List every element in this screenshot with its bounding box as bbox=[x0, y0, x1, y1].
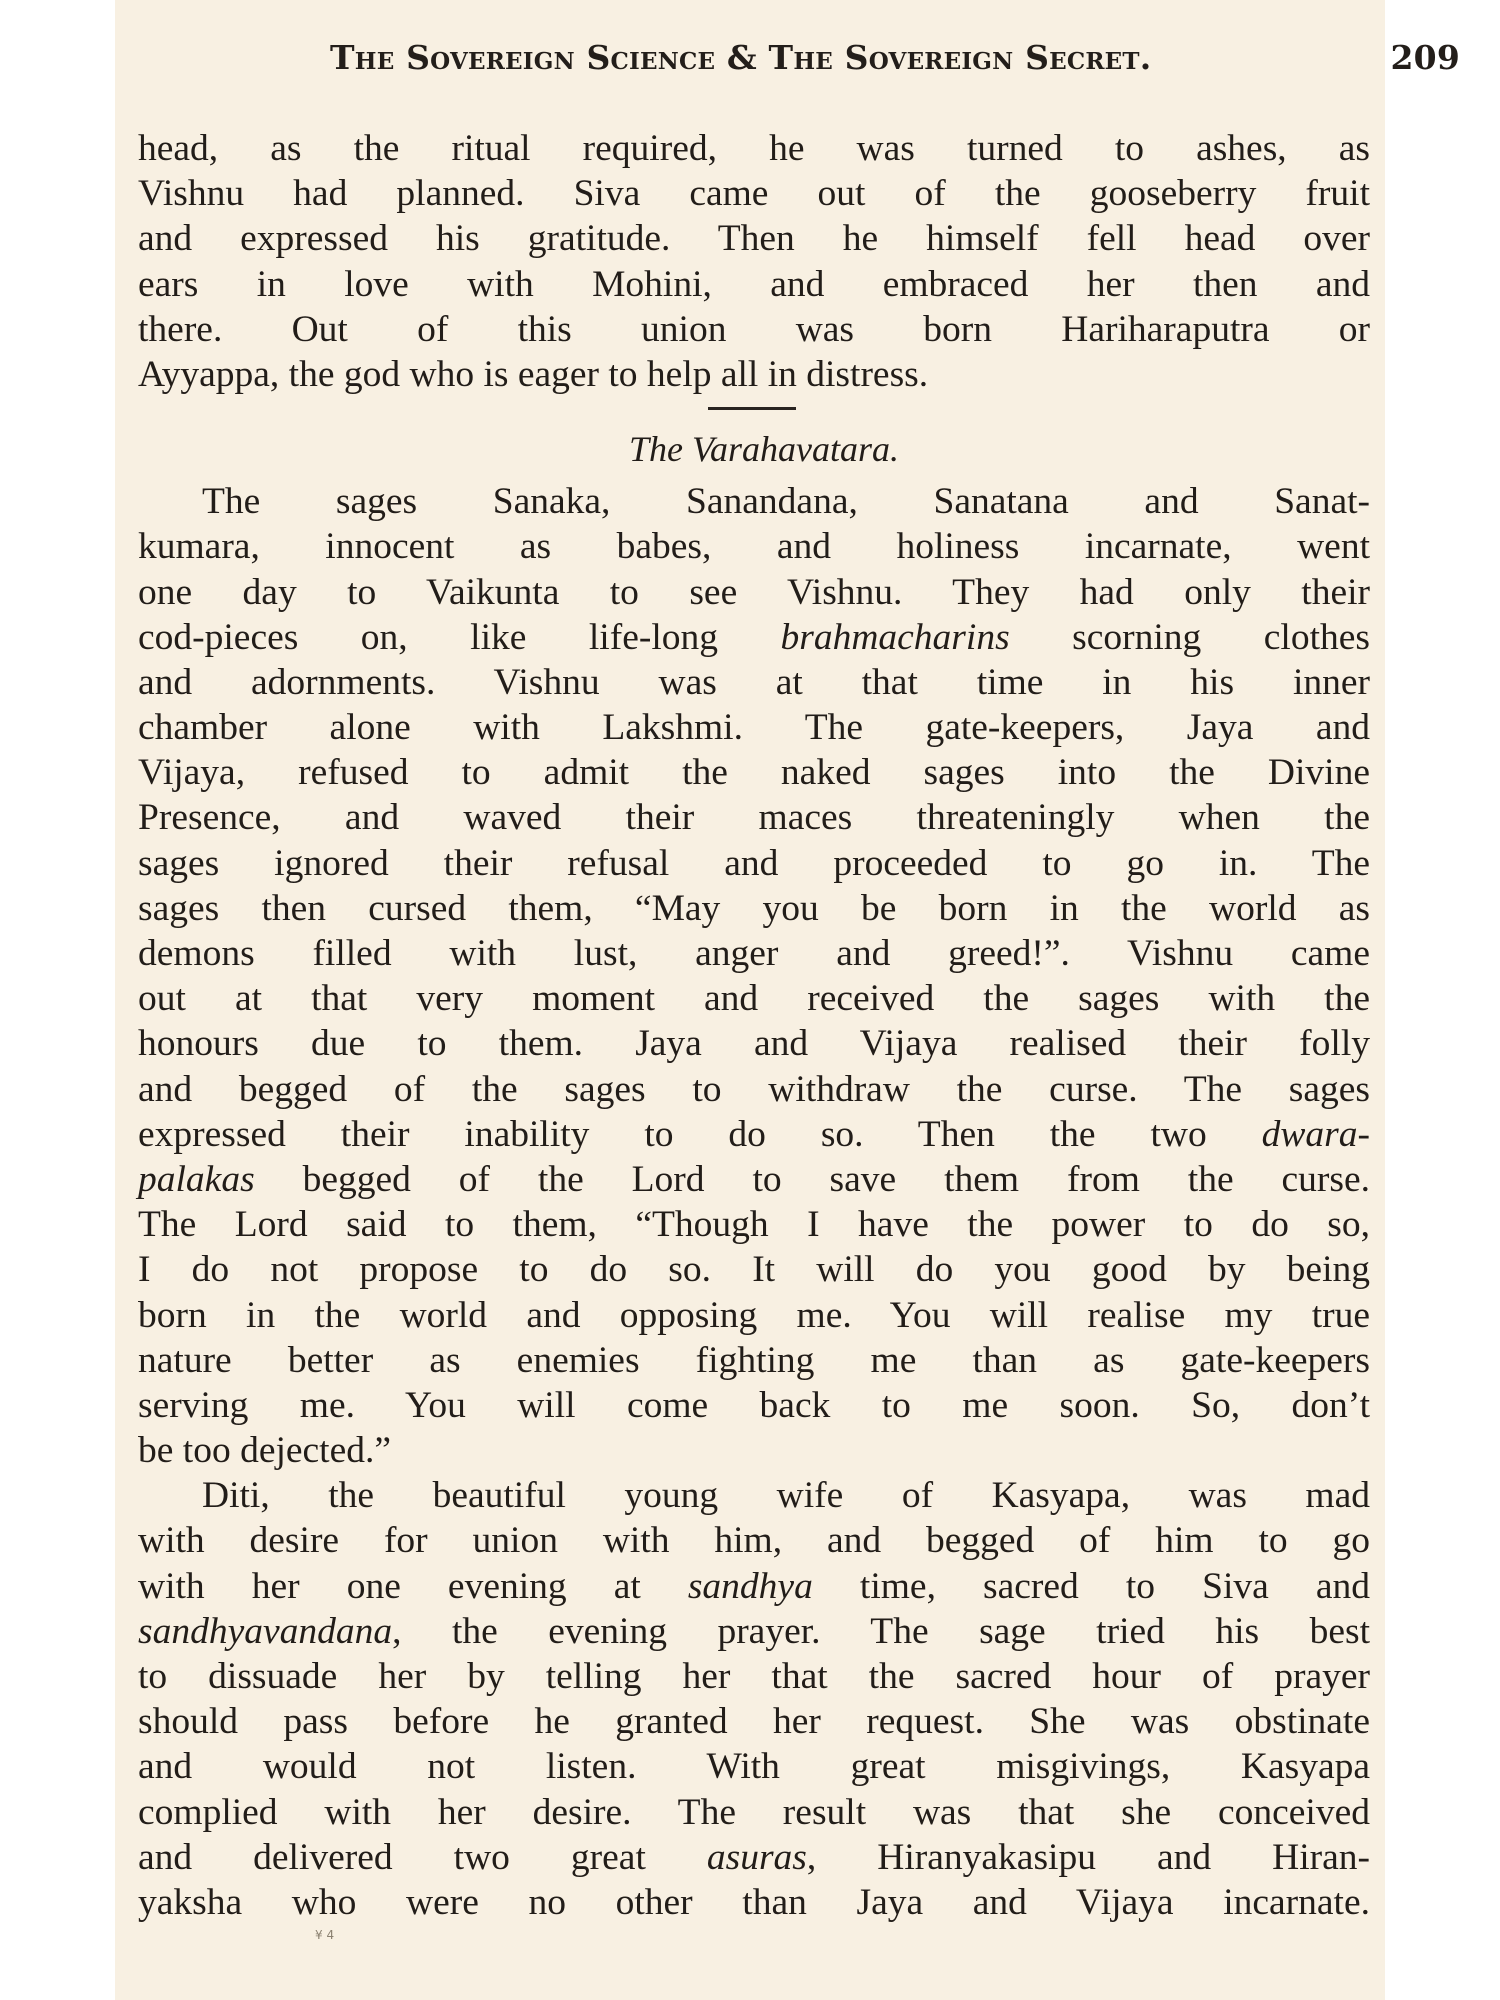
text-run: with her one evening at bbox=[138, 1566, 688, 1607]
text-run: scorning clothes bbox=[1010, 617, 1370, 658]
divider-rule bbox=[708, 407, 796, 410]
text-line: sandhyavandana, the evening prayer. The … bbox=[138, 1609, 1370, 1654]
italic-term: asuras bbox=[707, 1837, 807, 1878]
text-line: should pass before he granted her reques… bbox=[138, 1699, 1370, 1744]
text-line: palakas begged of the Lord to save them … bbox=[138, 1157, 1370, 1202]
text-line: honours due to them. Jaya and Vijaya rea… bbox=[138, 1021, 1370, 1066]
text-line: Diti, the beautiful young wife of Kasyap… bbox=[138, 1473, 1370, 1518]
page-number: 209 bbox=[1391, 38, 1460, 77]
italic-term: brahmacharins bbox=[780, 617, 1009, 658]
text-line: Presence, and waved their maces threaten… bbox=[138, 795, 1370, 840]
text-line: complied with her desire. The result was… bbox=[138, 1790, 1370, 1835]
paragraph-3: Diti, the beautiful young wife of Kasyap… bbox=[138, 1473, 1370, 1925]
text-run: , the evening prayer. The sage tried his… bbox=[392, 1611, 1370, 1652]
text-line: and expressed his gratitude. Then he him… bbox=[138, 216, 1370, 261]
text-line: with her one evening at sandhya time, sa… bbox=[138, 1564, 1370, 1609]
text-line: there. Out of this union was born Hariha… bbox=[138, 307, 1370, 352]
paragraph-2: The sages Sanaka, Sanandana, Sanatana an… bbox=[138, 479, 1370, 1473]
text-line: ears in love with Mohini, and embraced h… bbox=[138, 262, 1370, 307]
text-line: and adornments. Vishnu was at that time … bbox=[138, 660, 1370, 705]
body-text: head, as the ritual required, he was tur… bbox=[138, 126, 1370, 1925]
italic-term: dwara- bbox=[1262, 1114, 1370, 1155]
italic-term: sandhya bbox=[688, 1566, 813, 1607]
paragraph-1: head, as the ritual required, he was tur… bbox=[138, 126, 1370, 397]
text-line: nature better as enemies fighting me tha… bbox=[138, 1338, 1370, 1383]
text-line: demons filled with lust, anger and greed… bbox=[138, 931, 1370, 976]
italic-term: sandhyavandana bbox=[138, 1611, 392, 1652]
text-run: time, sacred to Siva and bbox=[813, 1566, 1370, 1607]
running-head-title: The Sovereign Science & The Sovereign Se… bbox=[330, 38, 1151, 77]
section-divider bbox=[138, 397, 1370, 427]
italic-term: palakas bbox=[138, 1159, 255, 1200]
text-line: expressed their inability to do so. Then… bbox=[138, 1112, 1370, 1157]
text-line: head, as the ritual required, he was tur… bbox=[138, 126, 1370, 171]
text-line: serving me. You will come back to me soo… bbox=[138, 1383, 1370, 1428]
text-line: The sages Sanaka, Sanandana, Sanatana an… bbox=[138, 479, 1370, 524]
section-heading: The Varahavatara. bbox=[138, 427, 1370, 479]
text-line: one day to Vaikunta to see Vishnu. They … bbox=[138, 570, 1370, 615]
text-line: The Lord said to them, “Though I have th… bbox=[138, 1202, 1370, 1247]
text-line: and would not listen. With great misgivi… bbox=[138, 1744, 1370, 1789]
running-head: The Sovereign Science & The Sovereign Se… bbox=[210, 38, 1460, 88]
text-line: and begged of the sages to withdraw the … bbox=[138, 1067, 1370, 1112]
text-run: expressed their inability to do so. Then… bbox=[138, 1114, 1262, 1155]
text-line: chamber alone with Lakshmi. The gate-kee… bbox=[138, 705, 1370, 750]
text-line: with desire for union with him, and begg… bbox=[138, 1518, 1370, 1563]
text-line: sages then cursed them, “May you be born… bbox=[138, 886, 1370, 931]
text-line: and delivered two great asuras, Hiranyak… bbox=[138, 1835, 1370, 1880]
text-line: I do not propose to do so. It will do yo… bbox=[138, 1247, 1370, 1292]
text-line: yaksha who were no other than Jaya and V… bbox=[138, 1880, 1370, 1925]
text-line: cod-pieces on, like life-long brahmachar… bbox=[138, 615, 1370, 660]
text-line: kumara, innocent as babes, and holiness … bbox=[138, 524, 1370, 569]
text-line: to dissuade her by telling her that the … bbox=[138, 1654, 1370, 1699]
text-line: out at that very moment and received the… bbox=[138, 976, 1370, 1021]
book-page: The Sovereign Science & The Sovereign Se… bbox=[115, 0, 1385, 2000]
text-line: Vishnu had planned. Siva came out of the… bbox=[138, 171, 1370, 216]
text-line: born in the world and opposing me. You w… bbox=[138, 1293, 1370, 1338]
text-run: , Hiranyakasipu and Hiran- bbox=[807, 1837, 1370, 1878]
text-run: begged of the Lord to save them from the… bbox=[255, 1159, 1370, 1200]
text-line: Vijaya, refused to admit the naked sages… bbox=[138, 750, 1370, 795]
text-line: be too dejected.” bbox=[138, 1428, 1370, 1473]
print-marks: ¥ 4 bbox=[315, 1928, 334, 1942]
text-run: and delivered two great bbox=[138, 1837, 707, 1878]
text-line: sages ignored their refusal and proceede… bbox=[138, 841, 1370, 886]
text-run: cod-pieces on, like life-long bbox=[138, 617, 780, 658]
text-line: Ayyappa, the god who is eager to help al… bbox=[138, 352, 1370, 397]
